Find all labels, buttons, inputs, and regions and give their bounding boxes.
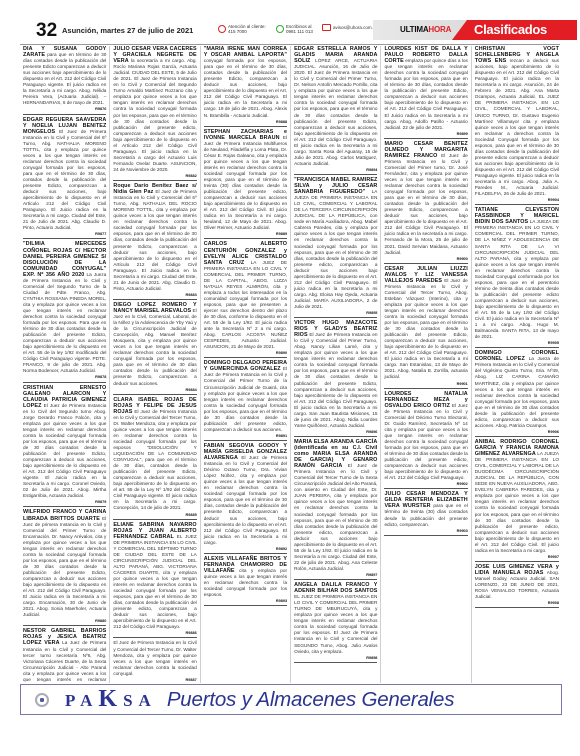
notice-reference-code: R9891 (204, 433, 287, 439)
legal-notice: ELIANE SABRINA NAVARRO ROJAS Y JUAN ALBE… (113, 522, 196, 639)
notice-text: El Juez de Primera Instancia en lo Civil… (204, 455, 287, 545)
notice-party-names: "FRANCISCA MABEL RAMIREZ SILVA y JULIO C… (294, 177, 377, 195)
column-4: EDGAR ESTRELLA RAMOS Y GLADIS MARIA ARAN… (291, 46, 381, 683)
legal-notice: CLARA ISABEL ROJAS DE ROJAS Y FELIPE DE … (113, 397, 196, 520)
contact-value: 0981 111 013 (286, 29, 313, 34)
notice-reference-code: R9878 (23, 374, 106, 380)
column-3: "MARIA IRENE MAN CORREA Y OSCAR ANIBAL L… (201, 46, 291, 683)
legal-notice: VICTOR HUGO MAZACOTE RIOS Y GLADYS BEATR… (294, 320, 377, 437)
legal-notice: Roque Darío Benítez Baez s/ Nidia Glen P… (113, 183, 196, 300)
notice-text: La Jueza de Primera Instancia en lo Civi… (475, 356, 559, 428)
legal-notice: JULIO CESAR MENDOZA Y GILDA RENTERIA ELI… (384, 491, 467, 535)
notice-reference-code: R9905 (475, 340, 559, 346)
legal-notice: LOURDES NATALIA FERNANDEZ MEZA y OSVALDO… (384, 391, 467, 490)
notice-reference-code: R9901 (384, 381, 467, 387)
legal-notice: MARIA ELSA ARANDA GARCÍA (identificada e… (294, 439, 377, 580)
notice-text: la secretaría a mi cargo. Abg. Rocío Mar… (113, 58, 196, 172)
notice-text: El Juez de Primera Instancia en lo Civil… (384, 278, 467, 380)
notice-text: El Juez de Primera Instancia en lo Civil… (23, 129, 106, 231)
logo-part-ultima: ULTIMA (400, 25, 428, 34)
legal-notice: DIEGO LOPEZ ROMERO Y NANCY MARISEL AREVA… (113, 302, 196, 395)
notice-reference-code: R9898 (294, 655, 377, 661)
legal-notice: DOMINGO DELGADO PEREIRA Y GUMERCINDA GON… (204, 360, 287, 441)
legal-notice: "FRANCISCA MABEL RAMIREZ SILVA y JULIO C… (294, 177, 377, 318)
notice-reference-code: R9893 (204, 598, 287, 604)
notice-reference-code: R9880 (23, 618, 106, 624)
column-2: JULIO CESAR VERA CÁCERES Y GRACIELA NEGR… (110, 46, 200, 683)
notice-party-names: STEPHAN ZACHARIAS e IVONNE MARCELA BRAUN (204, 129, 287, 141)
notice-reference-code: R9908 (475, 600, 559, 606)
notice-reference-code: R9900 (384, 256, 467, 262)
legal-notice: EDGAR REGUERA SAAVEDRA Y NOELIA LUJAN BE… (23, 117, 106, 240)
notice-party-names: DIEGO LOPEZ ROMERO Y NANCY MARISEL AREVA… (113, 302, 196, 314)
notice-reference-code: R9906 (475, 429, 559, 435)
page-number: 32 (36, 20, 57, 42)
notice-text: El Juez de Primera Instancia en lo Civil… (113, 409, 196, 511)
notice-party-names: WILFRIDO FRANCO Y CARINA LIBRADA BRITTOS… (23, 509, 106, 521)
notice-reference-code: R9887 (113, 677, 196, 683)
legal-notice: "DILMIA MERCEDES COÑONEL ROJAS C/ HECTOR… (23, 241, 106, 382)
notice-text: El Juez de Primera Instancia en lo Civil… (204, 366, 287, 431)
notice-party-names: "MARIA IRENE MAN CORREA Y OSCAR ANIBAL L… (204, 46, 287, 58)
notice-text: para que en término de 30 días contados … (23, 52, 106, 105)
legal-notice: El Juez de Primera Instancia en lo Civil… (113, 640, 196, 683)
notice-text: El Juez de Primera Instancia en lo Civil… (113, 640, 196, 675)
page-header: 32 Asunción, martes 27 de julio de 2021 … (0, 20, 580, 42)
column-6: CHRISTIAN VOGT SCHELLENBERG Y ANGELA TOW… (472, 46, 562, 683)
header-divider (20, 44, 560, 45)
notice-party-names: DOMINGO DELGADO PEREIRA Y GUMERCINDA GON… (204, 360, 287, 372)
legal-notice: LOURDES KIST DE DALLA Y PAULO ROBERTO DA… (384, 46, 467, 139)
phone-icon (218, 25, 226, 33)
column-1: DIA Y SUSANA GODOY ZARATE para que en té… (20, 46, 110, 683)
notice-reference-code: R9903 (384, 528, 467, 534)
logo-part-hora: HORA (428, 25, 451, 34)
notice-reference-code: R9877 (23, 231, 106, 237)
legal-notice: CESAR JULIAN LIUZZI AVALOS Y LIZ VANESSA… (384, 266, 467, 389)
ad-brand-name: PAKSA (65, 686, 157, 713)
contact-value: avisos@uhora.com.py (333, 25, 378, 30)
notice-reference-code: R9895 (294, 310, 377, 316)
classifieds-columns: DIA Y SUSANA GODOY ZARATE para que en té… (20, 46, 562, 683)
issue-date: Asunción, martes 27 de julio de 2021 (62, 26, 193, 35)
column-5: LOURDES KIST DE DALLA Y PAULO ROBERTO DA… (381, 46, 471, 683)
notice-reference-code: R9884 (113, 387, 196, 393)
legal-notice: WILFRIDO FRANCO Y CARINA LIBRADA BRITTOS… (23, 509, 106, 626)
legal-notice: MARIO CESAR BENITEZ OLMEDO Y MARGARITA R… (384, 141, 467, 264)
notice-reference-code: R9902 (384, 481, 467, 487)
section-title: Clasificados (474, 22, 547, 37)
whatsapp-contact: Escribinos al0981 111 013 (276, 24, 313, 34)
paksa-logo-icon (35, 693, 49, 707)
legal-notice: ALEXIS VILLAFAÑE BRITOS Y FERNANDA CHAMO… (204, 556, 287, 606)
legal-notice: CRISTHIAN ERNESTO GALEANO ALARCON Y CLAU… (23, 385, 106, 508)
notice-reference-code: R9904 (475, 197, 559, 203)
notice-reference-code: R9892 (204, 546, 287, 552)
notice-text: LA JUEZA DE PRIMERA INSTANCIA EN LO CIVI… (294, 189, 377, 309)
contact-value: 415 7000 (228, 29, 247, 34)
legal-notice: CARLOS ALBERTO CENTURIÓN GONZALEZ y EVEL… (204, 241, 287, 358)
notice-reference-code: R9886 (113, 630, 196, 636)
customer-service-contact: Atención al cliente:415 7000 (218, 24, 266, 34)
notice-reference-code: R9896 (294, 429, 377, 435)
notice-text: El Juez de Primera Instancia Multifueros… (204, 135, 287, 231)
legal-notice: TATIANE CLEVESTON FASSBINDER Y MARICEL B… (475, 207, 559, 348)
notice-text: LA JUEZ DE PRIMERA INSTANCIA EN LO CIVIL… (204, 260, 287, 350)
notice-reference-code: R9885 (113, 512, 196, 518)
legal-notice: STEPHAN ZACHARIAS e IVONNE MARCELA BRAUN… (204, 129, 287, 240)
notice-reference-code: R9907 (475, 554, 559, 560)
legal-notice: JULIO CESAR VERA CÁCERES Y GRACIELA NEGR… (113, 46, 196, 181)
notice-text: El Juez de primera Instancia en lo Civil… (23, 516, 106, 618)
ad-tagline: Puertos y Almacenes Generales (167, 688, 454, 712)
paksa-advertisement: PAKSA Puertos y Almacenes Generales (20, 684, 562, 715)
notice-text: EL JUEZ DE PRIMERA INSTANCIA EN LO CIVIL… (113, 534, 196, 630)
notice-text: El Juez de Primera Instancia en lo Civil… (113, 189, 196, 291)
legal-notice: CHRISTIAN VOGT SCHELLENBERG Y ANGELA TOW… (475, 46, 559, 205)
notice-text: LÓPEZ ARCE, ACTUARIA JUDICIAL. Asunción,… (294, 58, 377, 166)
notice-text: emplaza por quince días a los que tengan… (384, 58, 467, 130)
mail-icon (322, 24, 331, 31)
notice-text: El Juez de Primera Instancia en lo Civil… (384, 153, 467, 255)
notice-text: rezcan a deducir sus acciones, bajo aper… (475, 58, 559, 196)
notice-text: El Juez en lo Civil, Comercial, Laboral,… (113, 308, 196, 386)
email-contact: avisos@uhora.com.py (322, 24, 378, 31)
legal-notice: JOSE LUIS GIMENEZ VERA y LIDIA MANUELA R… (475, 564, 559, 608)
notice-reference-code: R9890 (204, 350, 287, 356)
notice-reference-code: R9883 (113, 292, 196, 298)
legal-notice: FABIAN SEGOVIA GODOY Y MARÍA GRISELDA GO… (204, 443, 287, 554)
legal-notice: DIA Y SUSANA GODOY ZARATE para que en té… (23, 46, 106, 115)
notice-text: El Juez de Primera Instancia en lo Civil… (384, 403, 467, 481)
whatsapp-icon (276, 25, 284, 33)
notice-reference-code: R9899 (384, 131, 467, 137)
notice-reference-code: R9894 (294, 167, 377, 173)
notice-reference-code: R9888 (204, 119, 287, 125)
legal-notice: NESTOR GABRIEL BARRIOS ROJAS y JESICA BE… (23, 628, 106, 683)
notice-text: El Juez de Primera Instancia en lo Civil… (294, 332, 377, 428)
notice-text: conyugal formada por los esposos, para q… (204, 58, 287, 117)
notice-text: El Juez de Primera Instancia en lo Civil… (294, 463, 377, 571)
legal-notice: "MARIA IRENE MAN CORREA Y OSCAR ANIBAL L… (204, 46, 287, 127)
notice-text: La Juez de Primera Instancia en lo Civil… (23, 640, 106, 683)
newspaper-logo: ULTIMAHORA (400, 25, 451, 34)
notice-reference-code: R9889 (204, 231, 287, 237)
legal-notice: ANIBAL RODRIGO CORONEL GARCIA Y FRANCIA … (475, 439, 559, 562)
notice-text: La Jueza de Primera Instancia en lo Civi… (23, 272, 106, 374)
notice-text: EL JUEZ DE PRIMERA INSTANCIA EN LO CIVIL… (294, 594, 377, 653)
notice-reference-code: R9876 (23, 106, 106, 112)
notice-text: El Juez de Primera Instancia en lo Civil… (23, 403, 106, 499)
notice-party-names: ANGELA DALILA FRANCO Y ADENIR BILHAR DOS… (294, 582, 377, 594)
notice-reference-code: R9882 (113, 173, 196, 179)
notice-reference-code: R9897 (294, 572, 377, 578)
legal-notice: ANGELA DALILA FRANCO Y ADENIR BILHAR DOS… (294, 582, 377, 663)
notice-reference-code: R9879 (23, 499, 106, 505)
legal-notice: EDGAR ESTRELLA RAMOS Y GLADIS MARIA ARAN… (294, 46, 377, 175)
notice-text: LA JUEZA DE PRIMERA INSTANCIA EN LO CIVI… (475, 219, 559, 339)
legal-notice: DOMINGO CORONEL CORONEL LOPEZ La Jueza d… (475, 350, 559, 437)
notice-text: LA JUEZA DE PRIMERA INSTANCIA EN LO CIVI… (475, 451, 559, 553)
